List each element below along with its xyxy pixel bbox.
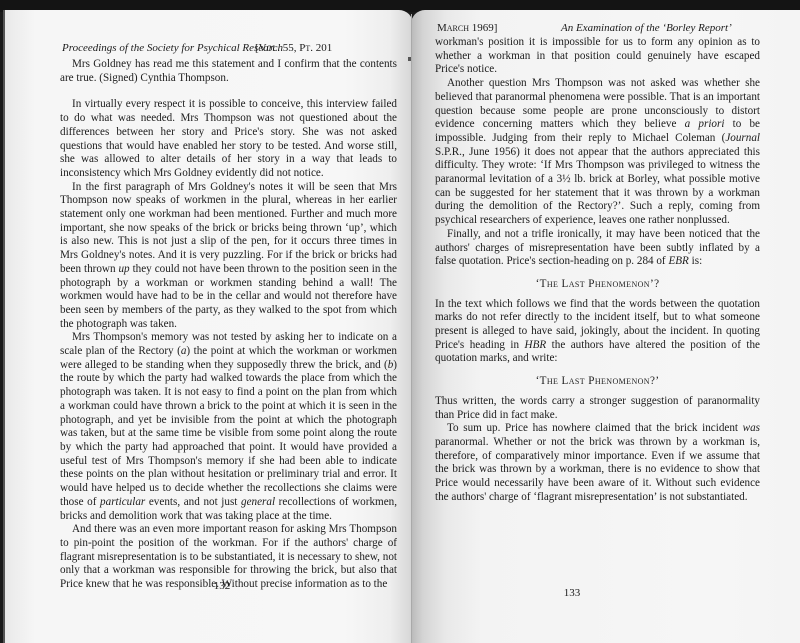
text: paranormal. Whether or not the brick was… [435, 436, 760, 503]
paragraph: In the text which follows we find that t… [435, 298, 760, 367]
paragraph: Thus written, the words carry a stronger… [435, 395, 760, 422]
italic-text: EBR [668, 255, 688, 267]
right-page-body: workman's position it is impossible for … [435, 36, 760, 505]
italic-text: a priori [685, 118, 725, 130]
italic-text: general [241, 496, 275, 508]
left-page: Proceedings of the Society for Psychical… [3, 10, 413, 643]
text: In the first paragraph of Mrs Goldney's … [60, 181, 397, 275]
text: Finally, and not a trifle ironically, it… [435, 228, 760, 267]
text: ‘The Last Phenomenon’? [536, 278, 660, 290]
text: Mrs Goldney has read me this statement a… [60, 58, 397, 84]
paragraph: workman's position it is impossible for … [435, 36, 760, 77]
left-page-body: Mrs Goldney has read me this statement a… [60, 58, 397, 592]
italic-text: was [743, 422, 760, 434]
text: To sum up. Price has nowhere claimed tha… [447, 422, 743, 434]
paragraph: To sum up. Price has nowhere claimed tha… [435, 422, 760, 504]
text: ) the route by which the party had walke… [60, 359, 397, 508]
text: workman's position it is impossible for … [435, 36, 760, 75]
text: is: [689, 255, 702, 267]
section-heading: ‘The Last Phenomenon’? [435, 278, 760, 292]
running-head-volume: [Vol. 55, Pt. 201 [255, 41, 332, 55]
page-number-left: 132 [202, 580, 242, 592]
running-head-journal: Proceedings of the Society for Psychical… [62, 41, 283, 55]
text: Thus written, the words carry a stronger… [435, 395, 760, 421]
text: events, and not just [145, 496, 241, 508]
italic-text: particular [100, 496, 145, 508]
paragraph: Another question Mrs Thompson was not as… [435, 77, 760, 228]
book-spread: Proceedings of the Society for Psychical… [0, 0, 800, 643]
italic-text: up [118, 263, 129, 275]
book-spine [411, 14, 412, 643]
page-number-right: 133 [552, 587, 592, 599]
paragraph: In the first paragraph of Mrs Goldney's … [60, 181, 397, 332]
section-heading: ‘The Last Phenomenon?’ [435, 375, 760, 389]
paragraph: In virtually every respect it is possibl… [60, 98, 397, 180]
italic-text: HBR [525, 339, 547, 351]
running-head-title: An Examination of the ‘Borley Report’ [561, 21, 732, 35]
right-page: March 1969] An Examination of the ‘Borle… [411, 10, 800, 643]
text: In virtually every respect it is possibl… [60, 98, 397, 179]
paragraph: Mrs Thompson's memory was not tested by … [60, 331, 397, 523]
show-through-text [437, 530, 439, 541]
spine-mark [408, 57, 411, 61]
text: ‘The Last Phenomenon?’ [536, 375, 660, 387]
paragraph: Finally, and not a trifle ironically, it… [435, 228, 760, 269]
italic-text: Journal [725, 132, 760, 144]
running-head-date: March 1969] [437, 21, 497, 35]
paragraph: Mrs Goldney has read me this statement a… [60, 58, 397, 85]
text: S.P.R., June 1956) it does not appear th… [435, 146, 760, 227]
